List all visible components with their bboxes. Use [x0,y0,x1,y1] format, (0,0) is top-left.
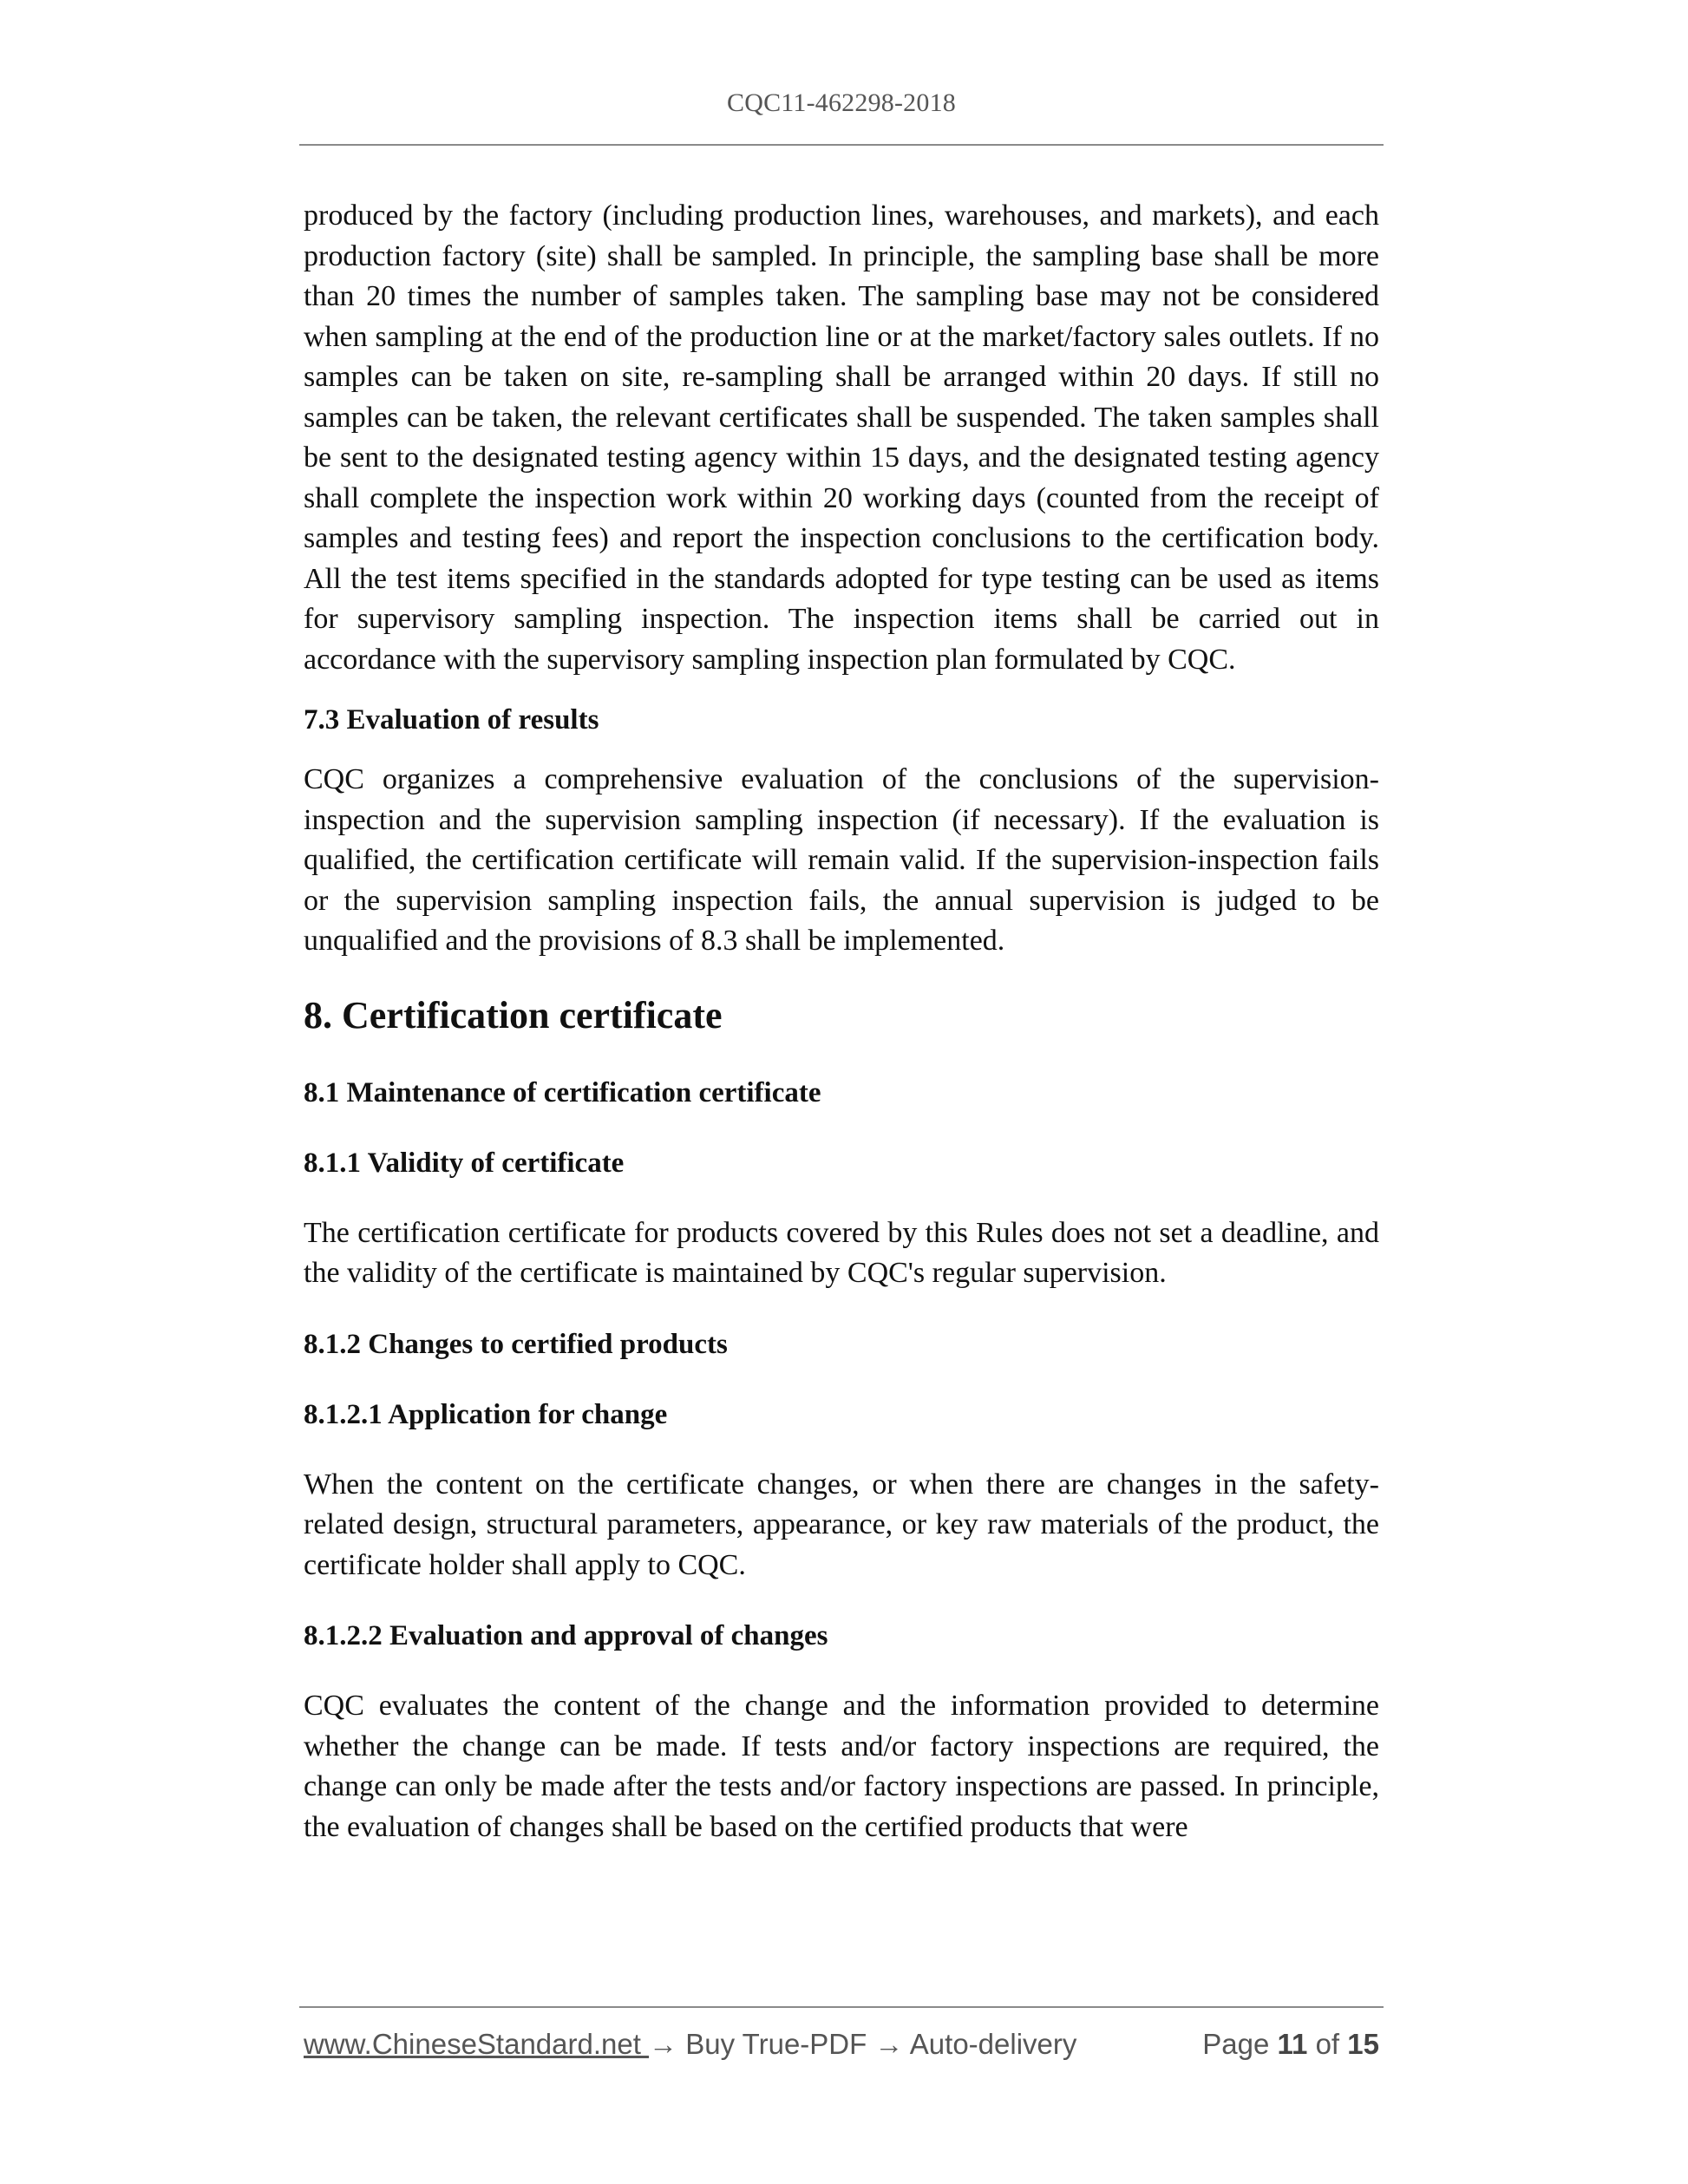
total-pages: 15 [1347,2028,1379,2060]
page-content: produced by the factory (including produ… [304,196,1379,1847]
document-id-header: CQC11-462298-2018 [299,88,1384,118]
heading-8-1-2-2: 8.1.2.2 Evaluation and approval of chang… [304,1616,1379,1656]
paragraph-8-1-2-2: CQC evaluates the content of the change … [304,1686,1379,1847]
heading-8: 8. Certification certificate [304,991,1379,1040]
page-footer: www.ChineseStandard.net → Buy True-PDF →… [304,2028,1379,2061]
page-label: Page [1202,2028,1269,2060]
heading-7-3: 7.3 Evaluation of results [304,700,1379,740]
heading-8-1: 8.1 Maintenance of certification certifi… [304,1073,1379,1113]
paragraph-8-1-1: The certification certificate for produc… [304,1213,1379,1294]
current-page: 11 [1278,2028,1308,2060]
promo-text: → Buy True-PDF → Auto-delivery [649,2028,1076,2060]
footer-promo: www.ChineseStandard.net → Buy True-PDF →… [304,2028,1076,2061]
heading-8-1-2: 8.1.2 Changes to certified products [304,1324,1379,1364]
heading-8-1-1: 8.1.1 Validity of certificate [304,1143,1379,1183]
of-label: of [1316,2028,1340,2060]
footer-divider [299,2006,1384,2008]
heading-8-1-2-1: 8.1.2.1 Application for change [304,1395,1379,1435]
page-indicator: Page 11 of 15 [1202,2028,1379,2061]
website-link[interactable]: www.ChineseStandard.net [304,2028,649,2060]
header-divider [299,144,1384,146]
paragraph-sampling: produced by the factory (including produ… [304,196,1379,680]
paragraph-7-3: CQC organizes a comprehensive evaluation… [304,760,1379,962]
paragraph-8-1-2-1: When the content on the certificate chan… [304,1465,1379,1586]
